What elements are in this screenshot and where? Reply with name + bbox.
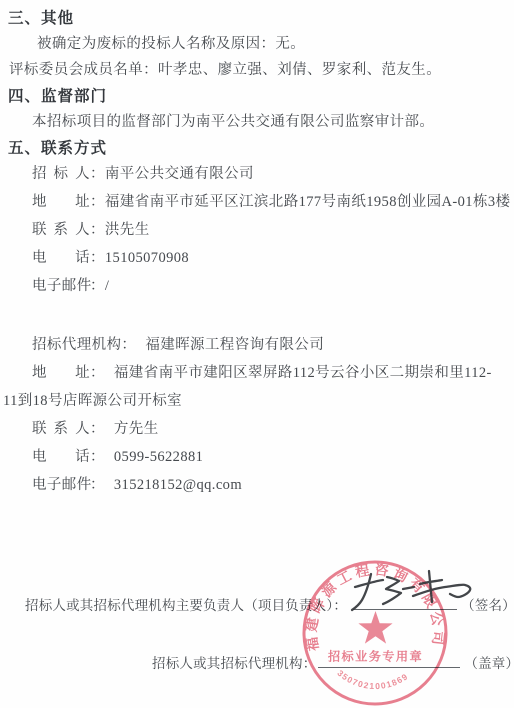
field-label: 联系人	[32, 417, 90, 438]
document-page: 三、其他 被确定为废标的投标人名称及原因：无。 评标委员会成员名单：叶孝忠、廖立…	[0, 0, 514, 708]
field-label: 招标人	[32, 162, 90, 183]
colon: ：	[90, 222, 105, 238]
company-seal-stamp: 福建晖源工程咨询有限公司 招标业务专用章 3507021001869	[298, 556, 452, 708]
field-label: 电话	[32, 445, 90, 466]
field-label: 电子邮件	[32, 274, 90, 295]
field-label: 地址	[32, 361, 90, 382]
agency-phone-row: 电话：0599-5622881	[32, 445, 203, 466]
colon: ：	[90, 365, 105, 381]
field-value: /	[105, 278, 109, 294]
agency-email-row: 电子邮件：315218152@qq.com	[32, 473, 242, 494]
colon: ：	[90, 250, 105, 266]
section-heading-supervision: 四、监督部门	[8, 84, 107, 106]
principal-signature-row: 招标人或其招标代理机构主要负责人（项目负责人）：（签名）	[25, 594, 514, 614]
stamp-ring	[304, 562, 446, 704]
field-value: 福建省南平市建阳区翠屏路112号云谷小区二期崇和里112-	[105, 365, 492, 381]
supervision-department-line: 本招标项目的监督部门为南平公共交通有限公司监察审计部。	[32, 110, 434, 131]
colon: ：	[121, 337, 136, 353]
tenderer-name-row: 招标人：南平公共交通有限公司	[32, 162, 254, 183]
agency-seal-label: 招标人或其招标代理机构：	[152, 656, 316, 671]
field-value: 15105070908	[105, 250, 189, 266]
field-label: 电子邮件	[32, 473, 90, 494]
seal-hint: （盖章）	[464, 656, 514, 671]
colon: ：	[90, 194, 105, 210]
principal-label: 招标人或其招标代理机构主要负责人（项目负责人）：	[25, 598, 347, 613]
colon: ：	[90, 449, 105, 465]
tenderer-contact-person-row: 联系人：洪先生	[32, 218, 150, 239]
colon: ：	[90, 278, 105, 294]
tenderer-email-row: 电子邮件：/	[32, 274, 109, 295]
agency-seal-row: 招标人或其招标代理机构：（盖章）	[152, 652, 514, 672]
colon: ：	[90, 166, 105, 182]
agency-contact-person-row: 联系人：方先生	[32, 417, 159, 438]
field-value: 福建晖源工程咨询有限公司	[136, 337, 324, 353]
field-value: 0599-5622881	[105, 449, 203, 465]
field-label: 电话	[32, 246, 90, 267]
field-label: 联系人	[32, 218, 90, 239]
rejected-bidders-line: 被确定为废标的投标人名称及原因：无。	[37, 32, 305, 53]
section-heading-other: 三、其他	[8, 6, 74, 28]
field-value: 福建省南平市延平区江滨北路177号南纸1958创业园A-01栋3楼	[105, 194, 511, 210]
field-value: 洪先生	[105, 222, 150, 238]
field-value: 南平公共交通有限公司	[105, 166, 254, 182]
evaluation-committee-line: 评标委员会成员名单：叶孝忠、廖立强、刘倩、罗家利、范友生。	[9, 58, 441, 79]
agency-address-row: 地址：福建省南平市建阳区翠屏路112号云谷小区二期崇和里112-	[32, 361, 492, 382]
field-value: 315218152@qq.com	[105, 477, 242, 493]
seal-line	[318, 655, 460, 668]
tenderer-address-row: 地址：福建省南平市延平区江滨北路177号南纸1958创业园A-01栋3楼	[32, 190, 510, 211]
colon: ：	[90, 477, 105, 493]
colon: ：	[90, 421, 105, 437]
field-label: 地址	[32, 190, 90, 211]
field-label: 招标代理机构	[32, 337, 121, 353]
agency-name-row: 招标代理机构：福建晖源工程咨询有限公司	[32, 333, 324, 354]
signature-line	[353, 597, 457, 610]
agency-address-wrap-line: 11到18号店晖源公司开标室	[3, 389, 182, 410]
sign-hint: （签名）	[461, 598, 514, 613]
stamp-star	[358, 611, 392, 644]
tenderer-phone-row: 电话：15105070908	[32, 246, 189, 267]
field-value: 方先生	[105, 421, 159, 437]
section-heading-contact: 五、联系方式	[8, 136, 107, 158]
